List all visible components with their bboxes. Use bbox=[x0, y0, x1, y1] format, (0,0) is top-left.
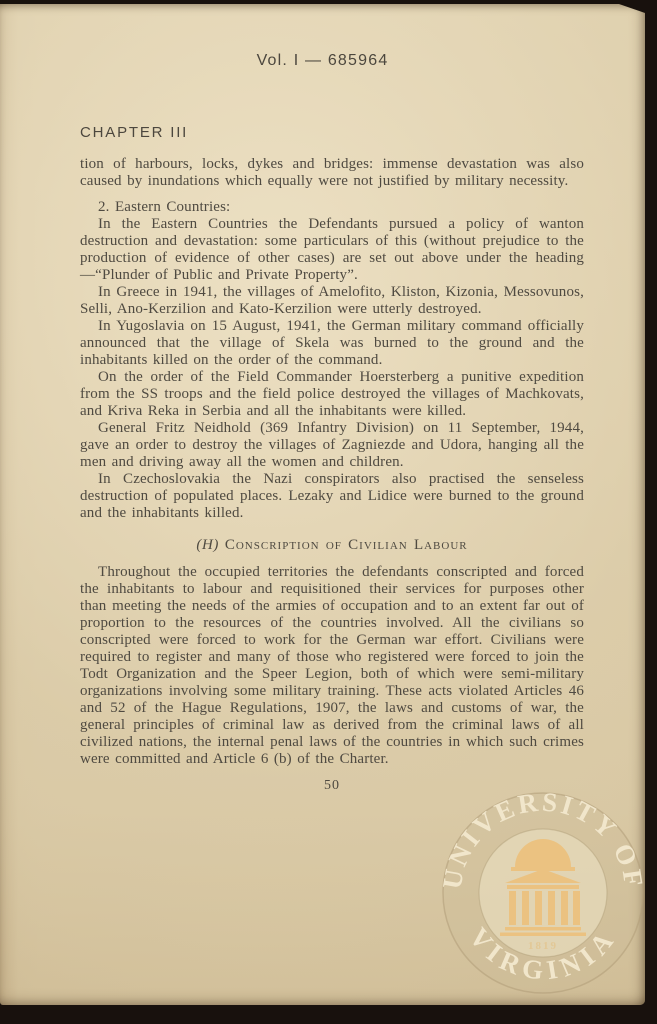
body-paragraph: tion of harbours, locks, dykes and bridg… bbox=[80, 156, 584, 190]
page-content: Vol. I — 685964 CHAPTER III tion of harb… bbox=[0, 4, 645, 794]
section-heading: (H) Conscription of Civilian Labour bbox=[80, 537, 584, 554]
body-paragraph: In the Eastern Countries the Defendants … bbox=[80, 216, 584, 284]
chapter-heading: CHAPTER III bbox=[80, 124, 645, 141]
body-paragraph: Throughout the occupied territories the … bbox=[80, 564, 584, 768]
university-of-virginia-seal-watermark: UNIVERSITY OF VIRGINIA 1819 bbox=[433, 783, 653, 1003]
document-page: UNIVERSITY OF VIRGINIA 1819 Vol. I — 685… bbox=[0, 4, 645, 1005]
body-paragraph: In Greece in 1941, the villages of Amelo… bbox=[80, 284, 584, 318]
section-title: Conscription of Civilian Labour bbox=[225, 537, 468, 553]
seal-year: 1819 bbox=[528, 940, 558, 952]
scan-background: { "page": { "header": "Vol. I — 685964",… bbox=[0, 0, 657, 1024]
body-paragraph: General Fritz Neidhold (369 Infantry Div… bbox=[80, 420, 584, 471]
body-paragraph: On the order of the Field Commander Hoer… bbox=[80, 369, 584, 420]
body-paragraph: In Yugoslavia on 15 August, 1941, the Ge… bbox=[80, 318, 584, 369]
section-letter: (H) bbox=[196, 537, 219, 553]
page-number: 50 bbox=[80, 777, 584, 794]
volume-header: Vol. I — 685964 bbox=[0, 4, 645, 70]
body-paragraph: 2. Eastern Countries: bbox=[80, 199, 584, 216]
paragraphs-top: tion of harbours, locks, dykes and bridg… bbox=[80, 156, 584, 522]
body-text-column: tion of harbours, locks, dykes and bridg… bbox=[80, 156, 584, 794]
body-paragraph: In Czechoslovakia the Nazi conspirators … bbox=[80, 471, 584, 522]
paragraphs-bottom: Throughout the occupied territories the … bbox=[80, 564, 584, 768]
